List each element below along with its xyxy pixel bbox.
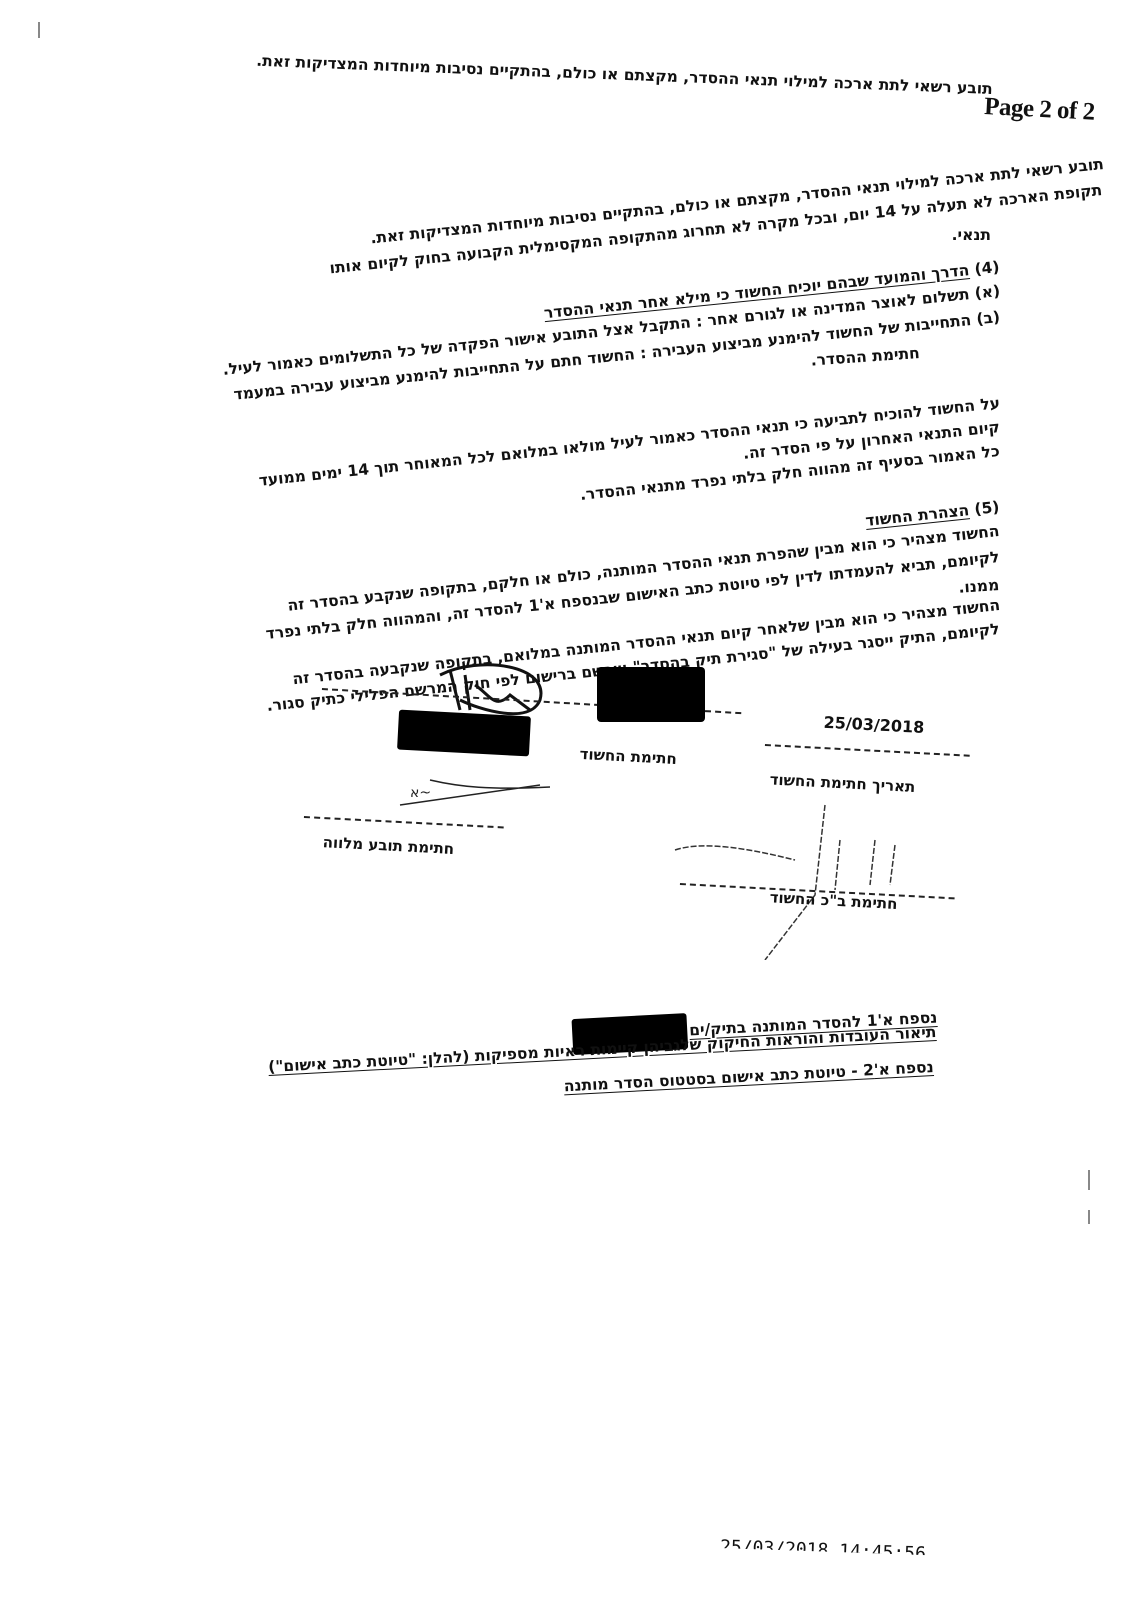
redaction-block [597,667,705,722]
fax-timestamp: 25/03/2018 14:45:56 [720,1536,927,1564]
redaction-block [397,710,531,757]
prosecutor-signature-label: חתימת תובע מלווה [322,833,454,858]
scan-artifact [38,22,40,38]
signature-date-value: 25/03/2018 [823,713,925,737]
counsel-signature-scribble [665,800,965,960]
signature-date-label: תאריך חתימת החשוד [769,770,915,796]
intro-line-3: תנאי. [952,228,991,244]
appendix-line3: נספח א'2 - טיוטת כתב אישום בסטטוס הסדר מ… [563,1060,934,1095]
prosecutor-signature-line [304,816,504,828]
section4-item-b-line2: חתימת ההסדר. [810,346,920,369]
suspect-signature-label: חתימת החשוד [579,745,677,768]
scanned-document-page: Page 2 of 2 תובע רשאי לתת ארכה למילוי תנ… [0,0,1131,1600]
section5-line3: ממנו. [958,578,1000,596]
page-number: Page 2 of 2 [984,93,1096,127]
scan-artifact [1088,1170,1090,1190]
scan-artifact [1088,1210,1090,1224]
intro-line-0: תובע רשאי לתת ארכה למילוי תנאי ההסדר, מק… [256,54,993,98]
date-signature-line [765,744,970,757]
svg-text:א~: א~ [410,785,431,801]
prosecutor-signature-scribble: א~ [390,775,570,815]
